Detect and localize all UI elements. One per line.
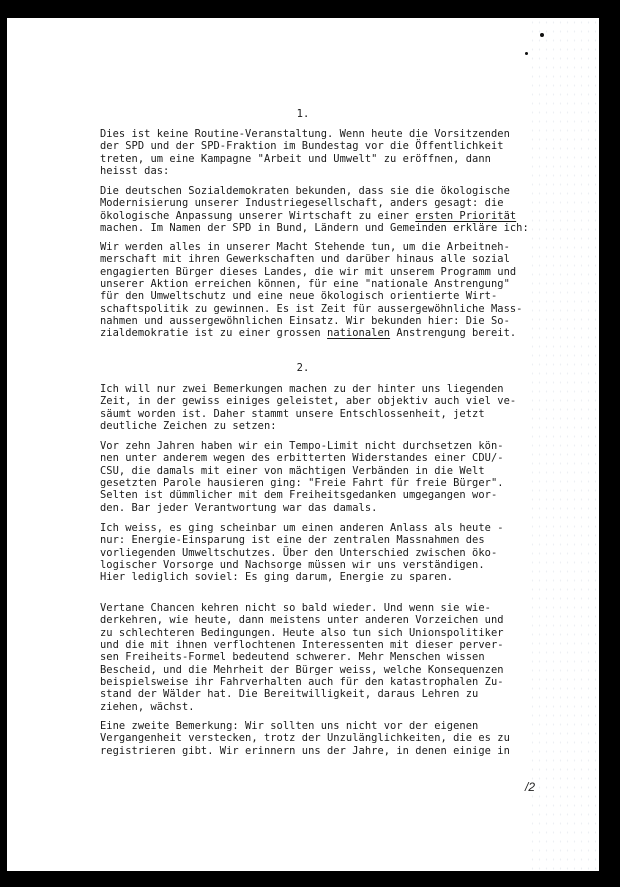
underlined-text: ersten Priorität bbox=[415, 210, 516, 222]
paragraph: Ich weiss, es ging scheinbar um einen an… bbox=[100, 522, 570, 584]
page-continuation-marker: /2 bbox=[525, 780, 535, 794]
section-number: 1. bbox=[7, 108, 599, 120]
scanned-page: 1. Dies ist keine Routine-Veranstaltung.… bbox=[7, 18, 599, 871]
scan-speck bbox=[540, 33, 544, 37]
scan-speck bbox=[525, 52, 528, 55]
underlined-text: nationalen bbox=[327, 327, 390, 339]
section-number: 2. bbox=[7, 362, 599, 374]
paragraph: Wir werden alles in unserer Macht Stehen… bbox=[100, 241, 570, 340]
paragraph: Vor zehn Jahren haben wir ein Tempo-Limi… bbox=[100, 440, 570, 514]
paragraph: Ich will nur zwei Bemerkungen machen zu … bbox=[100, 383, 570, 432]
paragraph: Vertane Chancen kehren nicht so bald wie… bbox=[100, 602, 570, 713]
paragraph: Die deutschen Sozialdemokraten bekunden,… bbox=[100, 185, 570, 234]
paragraph: Dies ist keine Routine-Veranstaltung. We… bbox=[100, 128, 570, 177]
paragraph: Eine zweite Bemerkung: Wir sollten uns n… bbox=[100, 720, 570, 757]
